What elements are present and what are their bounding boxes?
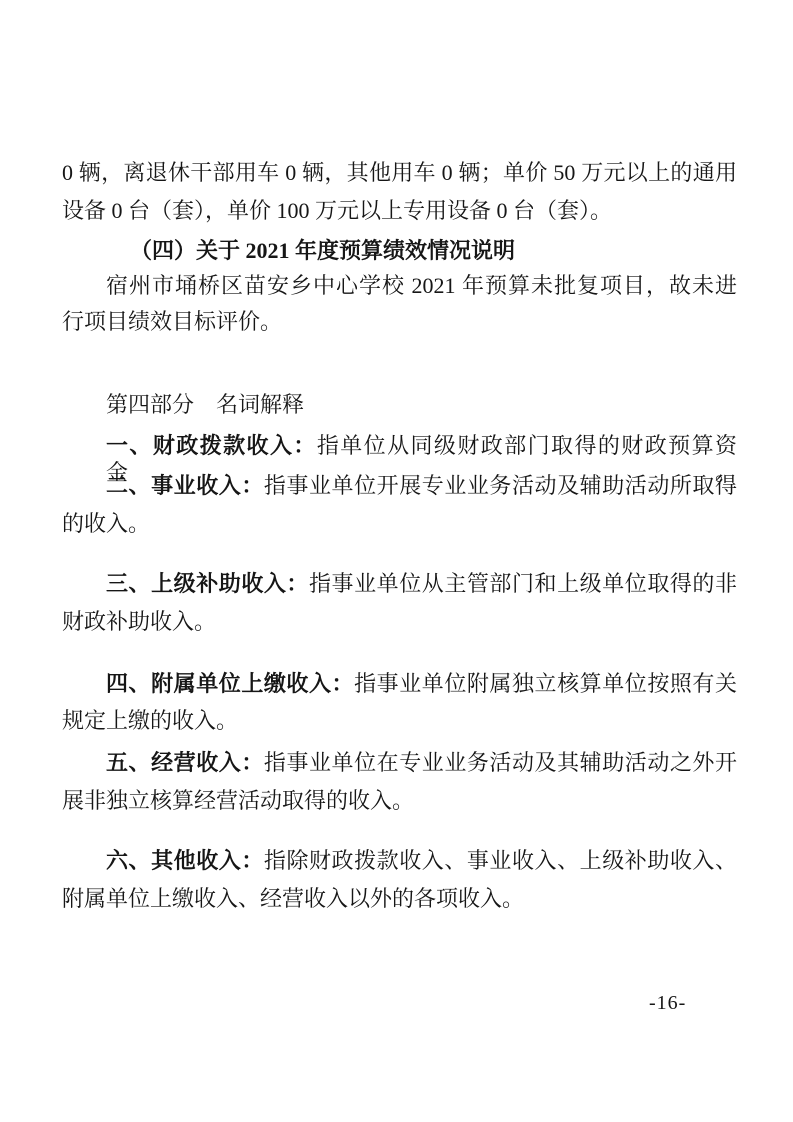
term-5-line-1: 五、经营收入：指事业单位在专业业务活动及其辅助活动之外开: [62, 749, 737, 776]
term-2-text: 指事业单位开展专业业务活动及辅助活动所取得: [264, 473, 737, 498]
term-1-label: 一、财政拨款收入：: [106, 433, 317, 458]
term-5-text: 指事业单位在专业业务活动及其辅助活动之外开: [264, 750, 737, 775]
term-4-text: 指事业单位附属独立核算单位按照有关: [354, 671, 737, 696]
paragraph-performance-line-1: 宿州市埇桥区苗安乡中心学校 2021 年预算未批复项目，故未进: [62, 272, 737, 299]
part-4-title: 第四部分 名词解释: [62, 391, 737, 418]
section-4-heading: （四）关于 2021 年度预算绩效情况说明: [62, 237, 737, 264]
term-4-line-1: 四、附属单位上缴收入：指事业单位附属独立核算单位按照有关: [62, 670, 737, 697]
term-2-line-1: 二、事业收入：指事业单位开展专业业务活动及辅助活动所取得: [62, 472, 737, 499]
term-2-line-2: 的收入。: [62, 510, 737, 537]
document-page: 0 辆，离退休干部用车 0 辆，其他用车 0 辆；单价 50 万元以上的通用 设…: [0, 0, 793, 1122]
term-3-line-1: 三、上级补助收入：指事业单位从主管部门和上级单位取得的非: [62, 570, 737, 597]
term-2-label: 二、事业收入：: [106, 473, 264, 498]
paragraph-vehicles-line-2: 设备 0 台（套），单价 100 万元以上专用设备 0 台（套）。: [62, 197, 737, 224]
term-5-label: 五、经营收入：: [106, 750, 264, 775]
term-4-label: 四、附属单位上缴收入：: [106, 671, 354, 696]
term-6-text: 指除财政拨款收入、事业收入、上级补助收入、: [264, 848, 737, 873]
term-3-label: 三、上级补助收入：: [106, 571, 309, 596]
term-6-line-1: 六、其他收入：指除财政拨款收入、事业收入、上级补助收入、: [62, 847, 737, 874]
term-3-line-2: 财政补助收入。: [62, 608, 737, 635]
paragraph-vehicles-line-1: 0 辆，离退休干部用车 0 辆，其他用车 0 辆；单价 50 万元以上的通用: [62, 159, 737, 186]
paragraph-performance-line-2: 行项目绩效目标评价。: [62, 308, 737, 335]
term-4-line-2: 规定上缴的收入。: [62, 707, 737, 734]
term-6-label: 六、其他收入：: [106, 848, 264, 873]
term-5-line-2: 展非独立核算经营活动取得的收入。: [62, 787, 737, 814]
term-6-line-2: 附属单位上缴收入、经营收入以外的各项收入。: [62, 885, 737, 912]
page-number: -16-: [649, 992, 686, 1015]
term-3-text: 指事业单位从主管部门和上级单位取得的非: [309, 571, 737, 596]
